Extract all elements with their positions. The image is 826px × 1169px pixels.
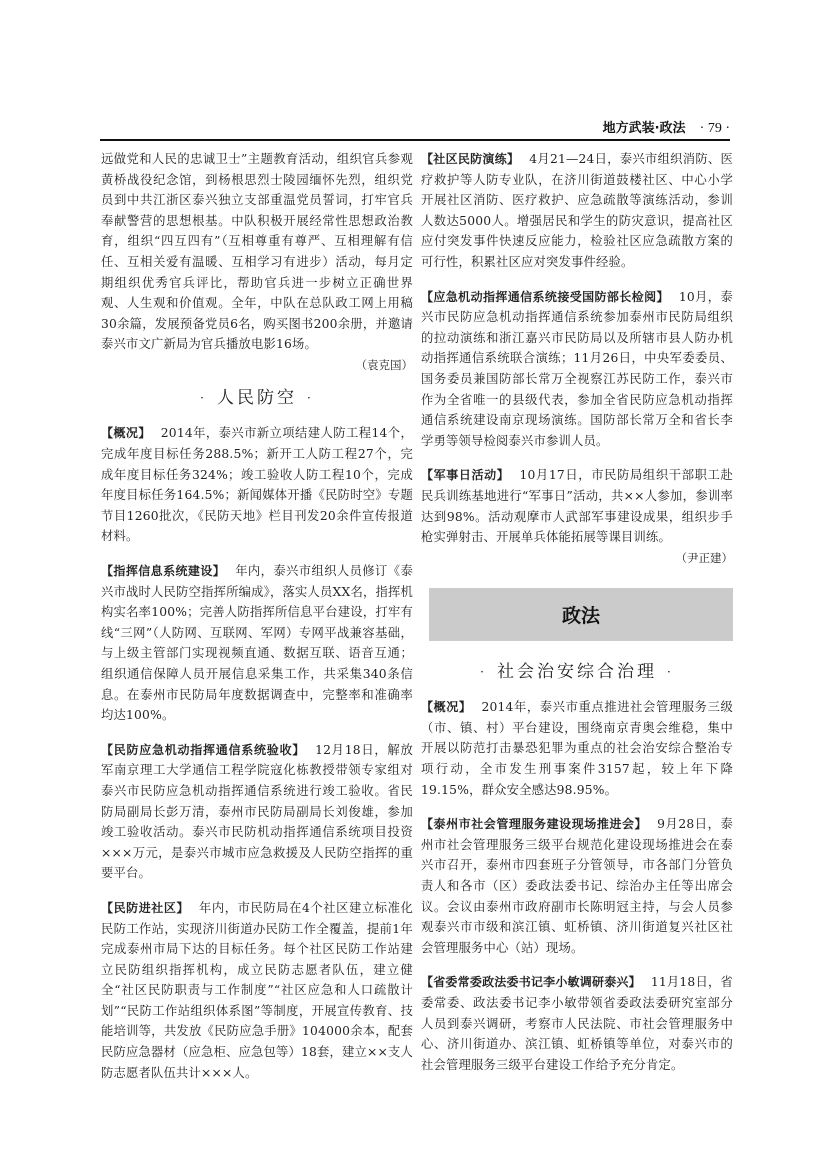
entry-community-drill: 【社区民防演练】4月21—24日，泰兴市组织消防、医疗救护等人防专业队，在济川街… xyxy=(421,149,733,273)
entry-heading: 【概况】 xyxy=(101,426,151,440)
entry-heading: 【概况】 xyxy=(421,700,471,714)
page-number: · 79 · xyxy=(700,121,730,136)
entry-military-day: 【军事日活动】10月17日，市民防局组织干部职工赴民兵训练基地进行“军事日”活动… xyxy=(421,465,733,547)
left-column: 远做党和人民的忠诚卫士”主题教育活动，组织官兵参观黄桥战役纪念馆，到杨根思烈士陵… xyxy=(101,149,413,1083)
entry-command-info-system: 【指挥信息系统建设】年内，泰兴市组织人员修订《泰兴市战时人民防空指挥所编成》，落… xyxy=(101,561,413,726)
continuation-paragraph: 远做党和人民的忠诚卫士”主题教育活动，组织官兵参观黄桥战役纪念馆，到杨根思烈士陵… xyxy=(101,149,413,355)
entry-secretary-visit: 【省委常委政法委书记李小敏调研泰兴】11月18日，省委常委、政法委书记李小敏带领… xyxy=(421,972,733,1075)
entry-heading: 【民防应急机动指挥通信系统验收】 xyxy=(101,743,305,757)
chapter-banner-politics-law: 政法 xyxy=(429,588,733,641)
entry-law-overview: 【概况】2014年，泰兴市重点推进社会管理服务三级（市、镇、村）平台建设，围绕南… xyxy=(421,697,733,800)
entry-heading: 【社区民防演练】 xyxy=(421,152,519,166)
author-signature: （袁克国） xyxy=(101,355,413,375)
section-title-civil-air-defense: ·人民防空· xyxy=(101,383,413,414)
entry-heading: 【民防进社区】 xyxy=(101,901,189,915)
entry-overview: 【概况】2014年，泰兴市新立项结建人防工程14个，完成年度目标任务288.5%… xyxy=(101,423,413,547)
section-title-public-security: ·社会治安综合治理· xyxy=(421,657,733,688)
author-signature: （尹正建） xyxy=(421,548,733,568)
entry-heading: 【军事日活动】 xyxy=(421,468,509,482)
entry-heading: 【应急机动指挥通信系统接受国防部长检阅】 xyxy=(421,290,669,304)
entry-civil-defense-community: 【民防进社区】年内，市民防局在4个社区建立标准化民防工作站，实现济川街道办民防工… xyxy=(101,898,413,1083)
entry-heading: 【省委常委政法委书记李小敏调研泰兴】 xyxy=(421,975,641,989)
entry-heading: 【指挥信息系统建设】 xyxy=(101,564,225,578)
entry-taizhou-meeting: 【泰州市社会管理服务建设现场推进会】9月28日，泰州市社会管理服务三级平台规范化… xyxy=(421,814,733,958)
right-column: 【社区民防演练】4月21—24日，泰兴市组织消防、医疗救护等人防专业队，在济川街… xyxy=(421,149,733,1075)
running-header-section: 地方武装·政法 xyxy=(603,121,686,136)
entry-heading: 【泰州市社会管理服务建设现场推进会】 xyxy=(421,817,647,831)
entry-defense-minister-review: 【应急机动指挥通信系统接受国防部长检阅】10月，泰兴市民防应急机动指挥通信系统参… xyxy=(421,287,733,452)
running-header: 地方武装·政法 · 79 · xyxy=(100,117,730,141)
entry-emergency-comm-acceptance: 【民防应急机动指挥通信系统验收】12月18日，解放军南京理工大学通信工程学院寇化… xyxy=(101,740,413,884)
